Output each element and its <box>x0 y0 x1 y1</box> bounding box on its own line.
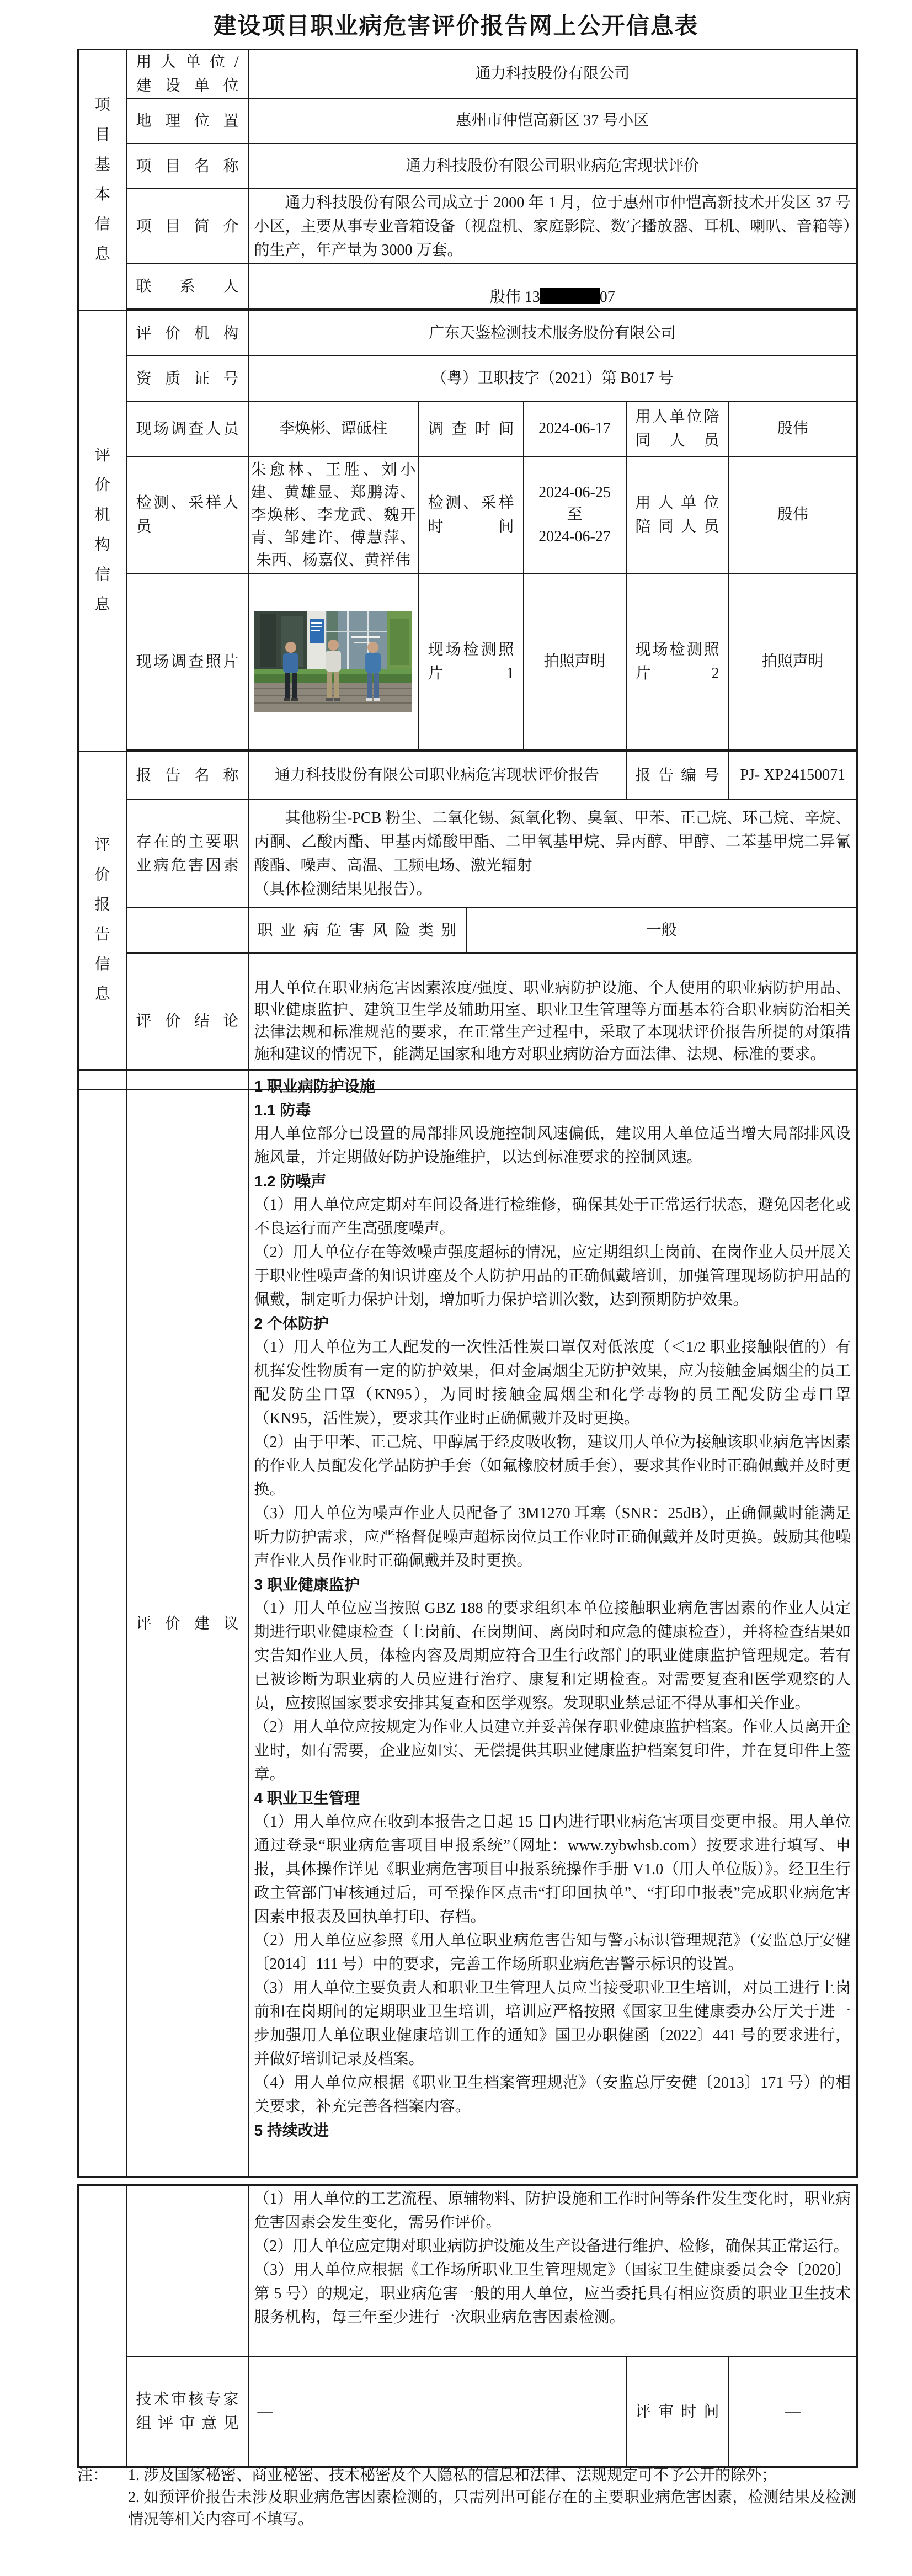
label-employer: 用人单位/ 建设单位 <box>127 50 248 99</box>
suggestion-paragraph: 1 职业病防护设施 <box>254 1074 851 1098</box>
value-report-no: PJ- XP24150071 <box>729 751 857 800</box>
value-review-date-empty: — <box>729 2356 857 2467</box>
suggestion-paragraph: （4）用人单位应根据《职业卫生档案管理规范》（安监总厅安健〔2013〕171 号… <box>254 2071 851 2119</box>
suggestion-paragraph: 4 职业卫生管理 <box>254 1786 851 1810</box>
suggestion-paragraph: （2）由于甲苯、正己烷、甲醇属于经皮吸收物，建议用人单位为接触该职业病危害因素的… <box>254 1430 851 1502</box>
value-certificate-no: （粤）卫职技字（2021）第 B017 号 <box>248 356 857 401</box>
suggestion-paragraph: 2 个体防护 <box>254 1312 851 1335</box>
value-sampling-staff: 朱愈林、王胜、刘小建、黄雄显、郑鹏涛、李焕彬、李龙武、魏开青、邹建许、傅慧萍、朱… <box>248 456 419 573</box>
continuation-paragraph: （1）用人单位的工艺流程、原辅物料、防护设施和工作时间等条件发生变化时，职业病危… <box>254 2187 851 2234</box>
label-report-name: 报告名称 <box>127 751 248 800</box>
label-expert-review: 技术审核专家 组评审意见 <box>127 2356 248 2467</box>
value-contact: 殷伟 1307 <box>248 264 857 310</box>
footnote-tag: 注： <box>77 2465 128 2531</box>
label-inspection-photo-1: 现场检测照 片 1 <box>419 573 524 751</box>
label-project-name: 项目名称 <box>127 143 248 189</box>
suggestion-paragraph: （3）用人单位为噪声作业人员配备了 3M1270 耳塞（SNR：25dB），正确… <box>254 1502 851 1573</box>
cell-empty-left <box>78 2185 127 2467</box>
value-risk-category: 一般 <box>466 908 857 953</box>
suggestions-content: 1 职业病防护设施1.1 防毒用人单位部分已设置的局部排风设施控制风速偏低，建议… <box>248 1071 857 2177</box>
cell-empty-left <box>78 1071 127 2177</box>
label-report-no: 报告编号 <box>626 751 729 800</box>
suggestion-paragraph: （1）用人单位应当按照 GBZ 188 的要求组织本单位接触职业病危害因素的作业… <box>254 1596 851 1715</box>
label-suggestions: 评价建议 <box>127 1071 248 2177</box>
section-label-basic-info: 项 目 基 本 信 息 <box>78 50 127 310</box>
hazard-factors-note: （具体检测结果见报告）。 <box>254 877 851 901</box>
suggestion-paragraph: 用人单位部分已设置的局部排风设施控制风速偏低，建议用人单位适当增大局部排风设施风… <box>254 1122 851 1169</box>
label-survey-staff: 现场调查人员 <box>127 401 248 456</box>
value-sampling-date: 2024-06-25 至 2024-06-27 <box>524 456 626 573</box>
suggestion-paragraph: （2）用人单位应参照《用人单位职业病危害告知与警示标识管理规范》（安监总厅安健〔… <box>254 1929 851 1976</box>
value-survey-accompany: 殷伟 <box>729 401 857 456</box>
value-survey-date: 2024-06-17 <box>524 401 626 456</box>
label-sampling-date: 检测、采样 时间 <box>419 456 524 573</box>
suggestion-paragraph: （2）用人单位存在等效噪声强度超标的情况，应定期组织上岗前、在岗作业人员开展关于… <box>254 1241 851 1312</box>
continuation-paragraph: （2）用人单位应定期对职业病防护设施及生产设备进行维护、检修，确保其正常运行。 <box>254 2234 851 2258</box>
site-photo <box>254 611 412 712</box>
document-page: 建设项目职业病危害评价报告网上公开信息表 项 目 基 本 信 息 用人单位/ 建… <box>0 0 912 2576</box>
label-survey-accompany: 用人单位陪 同人员 <box>626 401 729 456</box>
value-hazard-factors: 其他粉尘-PCB 粉尘、二氧化锡、氮氧化物、臭氧、甲苯、正己烷、环己烷、辛烷、丙… <box>248 799 857 908</box>
contact-suffix: 07 <box>600 289 615 306</box>
label-contact: 联系人 <box>127 264 248 310</box>
suggestion-paragraph: 3 职业健康监护 <box>254 1573 851 1596</box>
label-sampling-accompany: 用人单位 陪同人员 <box>626 456 729 573</box>
hazard-factors-text: 其他粉尘-PCB 粉尘、二氧化锡、氮氧化物、臭氧、甲苯、正己烷、环己烷、辛烷、丙… <box>254 806 851 877</box>
value-report-name: 通力科技股份有限公司职业病危害现状评价报告 <box>248 751 626 800</box>
footnote-1: 1. 涉及国家秘密、商业秘密、技术秘密及个人隐私的信息和法律、法规规定可不予公开… <box>128 2465 856 2487</box>
section-label-agency-info: 评 价 机 构 信 息 <box>78 310 127 751</box>
label-risk-category: 职业病危害风险类别 <box>248 908 466 953</box>
value-employer: 通力科技股份有限公司 <box>248 50 857 99</box>
suggestion-paragraph: 1.2 防噪声 <box>254 1169 851 1193</box>
suggestion-paragraph: 1.1 防毒 <box>254 1098 851 1122</box>
value-project-name: 通力科技股份有限公司职业病危害现状评价 <box>248 143 857 189</box>
continuation-paragraph: （3）用人单位应根据《工作场所职业卫生管理规定》（国家卫生健康委员会令〔2020… <box>254 2258 851 2329</box>
label-hazard-factors: 存在的主要职 业病危害因素 <box>127 799 248 908</box>
page-title: 建设项目职业病危害评价报告网上公开信息表 <box>0 8 912 41</box>
value-location: 惠州市仲恺高新区 37 号小区 <box>248 98 857 143</box>
suggestion-paragraph: （3）用人单位主要负责人和职业卫生管理人员应当接受职业卫生培训，对员工进行上岗前… <box>254 1976 851 2071</box>
value-project-intro: 通力科技股份有限公司成立于 2000 年 1 月，位于惠州市仲恺高新技术开发区 … <box>248 189 857 264</box>
suggestions-table: 评价建议 1 职业病防护设施1.1 防毒用人单位部分已设置的局部排风设施控制风速… <box>77 1069 858 2178</box>
label-sampling-staff: 检测、采样人 员 <box>127 456 248 573</box>
suggestion-paragraph: （2）用人单位应按规定为作业人员建立并妥善保存职业健康监护档案。作业人员离开企业… <box>254 1715 851 1786</box>
value-photo-statement-1: 拍照声明 <box>524 573 626 751</box>
value-survey-staff: 李焕彬、谭砥柱 <box>248 401 419 456</box>
label-location: 地理位置 <box>127 98 248 143</box>
site-photo-cell <box>248 573 419 751</box>
redaction-box <box>540 288 600 304</box>
label-agency: 评价机构 <box>127 310 248 356</box>
label-project-intro: 项目简介 <box>127 189 248 264</box>
section-label-report-info: 评 价 报 告 信 息 <box>78 751 127 1090</box>
label-site-photo: 现场调查照片 <box>127 573 248 751</box>
continuation-content: （1）用人单位的工艺流程、原辅物料、防护设施和工作时间等条件发生变化时，职业病危… <box>248 2185 857 2357</box>
suggestion-paragraph: （1）用人单位为工人配发的一次性活性炭口罩仅对低浓度（＜1/2 职业接触限值的）… <box>254 1335 851 1430</box>
label-inspection-photo-2: 现场检测照 片 2 <box>626 573 729 751</box>
label-review-date: 评审时间 <box>626 2356 729 2467</box>
value-expert-review-empty: — <box>248 2356 626 2467</box>
cell-empty <box>127 908 248 953</box>
value-sampling-accompany: 殷伟 <box>729 456 857 573</box>
suggestion-paragraph: （1）用人单位应在收到本报告之日起 15 日内进行职业病危害项目变更申报。用人单… <box>254 1810 851 1929</box>
label-certificate-no: 资质证号 <box>127 356 248 401</box>
footnote-2: 2. 如预评价报告未涉及职业病危害因素检测的，只需列出可能存在的主要职业病危害因… <box>128 2487 856 2531</box>
cell-empty-label <box>127 2185 248 2357</box>
suggestion-paragraph: （1）用人单位应定期对车间设备进行检维修，确保其处于正常运行状态，避免因老化或不… <box>254 1193 851 1241</box>
value-agency: 广东天鉴检测技术服务股份有限公司 <box>248 310 857 356</box>
contact-name-prefix: 殷伟 13 <box>490 289 540 306</box>
footnotes: 注： 1. 涉及国家秘密、商业秘密、技术秘密及个人隐私的信息和法律、法规规定可不… <box>77 2465 856 2531</box>
suggestion-paragraph: 5 持续改进 <box>254 2119 851 2142</box>
main-info-table: 项 目 基 本 信 息 用人单位/ 建设单位 通力科技股份有限公司 地理位置 惠… <box>77 49 858 1090</box>
value-photo-statement-2: 拍照声明 <box>729 573 857 751</box>
label-survey-date: 调查时间 <box>419 401 524 456</box>
review-table: （1）用人单位的工艺流程、原辅物料、防护设施和工作时间等条件发生变化时，职业病危… <box>77 2184 858 2468</box>
